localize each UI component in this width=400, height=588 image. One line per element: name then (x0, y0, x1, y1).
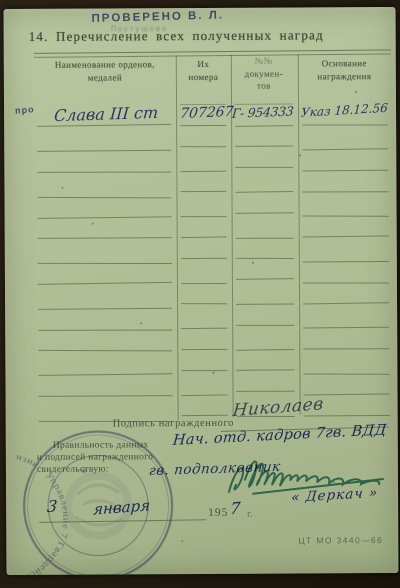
table-divider (298, 54, 301, 414)
paper-speck (61, 187, 63, 189)
awardee-signature: Николаев (232, 394, 325, 421)
column-header-award-name: Наименование орденов, медалей (34, 58, 176, 84)
margin-stamp: про (15, 104, 35, 115)
table-rule (37, 172, 171, 173)
table-rule (303, 216, 389, 217)
doc-number-entry: Г- 954333 (231, 103, 294, 121)
column-header-number: Их номера (176, 58, 231, 83)
date-suffix: г. (247, 509, 253, 520)
table-rule (38, 238, 172, 240)
table-rule (236, 237, 294, 238)
table-rule (303, 348, 389, 349)
table-rule (181, 236, 227, 238)
table-rule (236, 258, 294, 259)
table-rule (302, 170, 388, 172)
table-rule (182, 394, 228, 396)
table-rule (180, 191, 226, 192)
header-line: номера (188, 71, 218, 84)
table-rule (38, 263, 172, 264)
paper-speck (181, 540, 183, 542)
table-rule (181, 303, 227, 304)
table-rule (181, 328, 227, 330)
header-line: докумен- (245, 67, 283, 80)
table-rule (236, 278, 294, 280)
table-rule (303, 373, 389, 374)
table-rule (236, 212, 294, 213)
award-number-entry: 707267 (179, 104, 234, 122)
table-rule (37, 150, 171, 152)
paper-speck (140, 322, 142, 324)
paper-speck (299, 154, 301, 156)
table-rule (181, 370, 227, 371)
table-rule (180, 125, 226, 126)
table-rule (39, 395, 173, 397)
table-rule (302, 125, 388, 126)
table-rule (304, 415, 390, 416)
table-rule (181, 216, 227, 217)
header-line: медалей (88, 71, 122, 84)
table-rule (237, 391, 295, 392)
table-rule (302, 191, 388, 192)
header-line: №№ (255, 55, 273, 68)
date-year-printed: 195 (208, 507, 228, 519)
paper-speck (355, 91, 357, 93)
table-rule (236, 304, 294, 305)
table-rule (38, 329, 172, 330)
header-line: награждения (317, 70, 371, 83)
table-rule (38, 308, 172, 310)
table-rule (303, 327, 389, 329)
table-rule (181, 349, 227, 350)
header-line: Их (197, 58, 209, 71)
table-rule (182, 415, 228, 416)
header-line: тов (257, 80, 271, 93)
table-rule (38, 282, 172, 285)
award-name-entry: Слава III ст (53, 103, 158, 125)
column-header-doc-number: №№ докумен- тов (230, 54, 298, 92)
table-rule (181, 258, 227, 259)
form-code: ЦТ МО 3440—66 (298, 535, 383, 545)
table-rule (236, 370, 294, 371)
date-year-digit-entry: 7 (229, 498, 241, 518)
table-rule (181, 283, 227, 284)
table-rule (303, 261, 389, 262)
table-rule (38, 197, 172, 199)
table-rule (38, 216, 172, 219)
table-divider (176, 55, 179, 420)
table-rule (236, 325, 294, 326)
table-rule (302, 148, 388, 150)
paper-speck (212, 372, 214, 374)
table-rule (235, 125, 293, 127)
table-rule (180, 170, 226, 172)
award-record-card: ПРОВЕРЕНО В. Л. Пестушева 14. Перечислен… (4, 7, 399, 575)
paper-speck (252, 262, 254, 264)
table-rule (38, 373, 172, 376)
header-line: Основание (322, 57, 367, 70)
table-rule (235, 167, 293, 168)
header-line: Наименование орденов, (55, 58, 155, 71)
table-rule (235, 146, 293, 147)
seal-star-icon: ★ (80, 466, 88, 476)
date-day-entry: 3 (46, 496, 58, 516)
section-heading: 14. Перечисление всех полученных наград (29, 27, 324, 45)
table-rule (303, 236, 389, 238)
award-basis-entry: Указ 18.12.56 (301, 101, 389, 120)
table-rule (235, 191, 293, 193)
paper-speck (92, 223, 94, 225)
table-rule (303, 302, 389, 304)
column-header-basis: Основание награждения (298, 57, 391, 83)
table-rule (180, 146, 226, 147)
table-rule (38, 350, 172, 352)
table-rule (303, 282, 389, 283)
table-rule (236, 349, 294, 351)
verified-stamp: ПРОВЕРЕНО В. Л. (91, 9, 224, 24)
